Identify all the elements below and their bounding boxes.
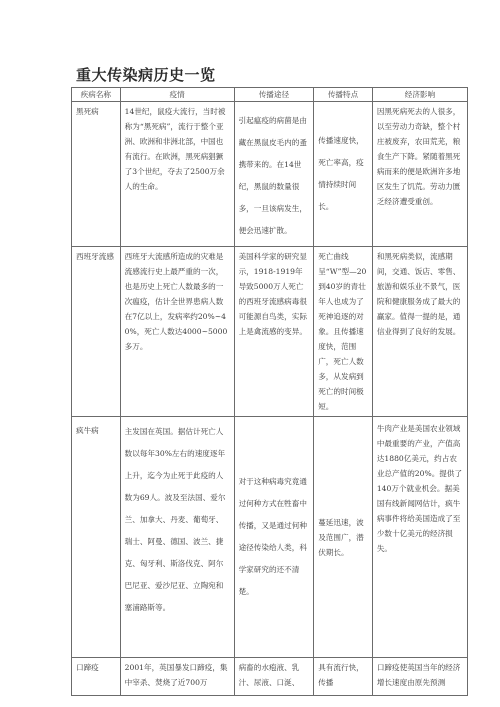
cell-disease-name: 疯牛病 (72, 417, 121, 658)
cell-feature: 蔓延迅速，波及范围广，潜伏期长。 (314, 417, 373, 658)
cell-economy: 因黑死病死去的人很多，以至劳动力奇缺，整个村庄被废弃，农田荒芜，粮食生产下降。紧… (372, 102, 467, 247)
cell-epidemic: 西班牙大流感所造成的灾难是流感流行史上最严重的一次，也是历史上死亡人数最多的一次… (120, 247, 234, 417)
cell-epidemic: 14世纪，鼠疫大流行，当时被称为“黑死病”，流行于整个亚洲、欧洲和非洲北部，中国… (120, 102, 234, 247)
cell-disease-name: 口蹄疫 (72, 658, 121, 696)
cell-feature: 具有流行快，传播 (314, 658, 373, 696)
cell-epidemic: 2001年，英国暴发口蹄疫，集中宰杀、焚烧了近700万 (120, 658, 234, 696)
cell-route: 美国科学家的研究显示，1918-1919年导致5000万人死亡的西班牙流感病毒很… (234, 247, 314, 417)
table-row: 黑死病 14世纪，鼠疫大流行，当时被称为“黑死病”，流行于整个亚洲、欧洲和非洲北… (72, 102, 468, 247)
cell-feature: 死亡曲线呈“W”型—20到40岁的青壮年人也成为了死神追逐的对象。且传播速度快，… (314, 247, 373, 417)
cell-disease-name: 西班牙流感 (72, 247, 121, 417)
cell-economy: 和黑死病类似，流感期间，交通、饭店、零售、旅游和娱乐业不景气，医院和健康服务成了… (372, 247, 467, 417)
cell-feature: 传播速度快，死亡率高，疫情持续时间长。 (314, 102, 373, 247)
cell-route: 病畜的水疱液、乳汁、尿液、口涎、 (234, 658, 314, 696)
cell-route: 引起瘟疫的病菌是由藏在黑鼠皮毛内的蚤携带来的。在14世纪，黑鼠的数量很多，一旦该… (234, 102, 314, 247)
cell-disease-name: 黑死病 (72, 102, 121, 247)
header-economy: 经济影响 (372, 88, 467, 102)
table-row: 口蹄疫 2001年，英国暴发口蹄疫，集中宰杀、焚烧了近700万 病畜的水疱液、乳… (72, 658, 468, 696)
header-route: 传播途径 (234, 88, 314, 102)
cell-route: 对于这种病毒究竟通过何种方式在牲畜中传播，又是通过何种途径传染给人类，科学家研究… (234, 417, 314, 658)
table-header-row: 疾病名称 疫情 传播途径 传播特点 经济影响 (72, 88, 468, 102)
table-row: 疯牛病 主发国在英国。据估计死亡人数以每年30%左右的速度逐年上升，迄今为止死于… (72, 417, 468, 658)
header-disease-name: 疾病名称 (72, 88, 121, 102)
table-row: 西班牙流感 西班牙大流感所造成的灾难是流感流行史上最严重的一次，也是历史上死亡人… (72, 247, 468, 417)
page-title: 重大传染病历史一览 (76, 64, 216, 85)
header-feature: 传播特点 (314, 88, 373, 102)
cell-economy: 牛肉产业是美国农业领域中最重要的产业，产值高达1880亿美元，约占农业总产值的2… (372, 417, 467, 658)
header-epidemic: 疫情 (120, 88, 234, 102)
disease-history-table: 疾病名称 疫情 传播途径 传播特点 经济影响 黑死病 14世纪，鼠疫大流行，当时… (71, 87, 468, 696)
cell-epidemic: 主发国在英国。据估计死亡人数以每年30%左右的速度逐年上升，迄今为止死于此疫的人… (120, 417, 234, 658)
cell-economy: 口蹄疫使英国当年的经济增长速度由原先预测 (372, 658, 467, 696)
